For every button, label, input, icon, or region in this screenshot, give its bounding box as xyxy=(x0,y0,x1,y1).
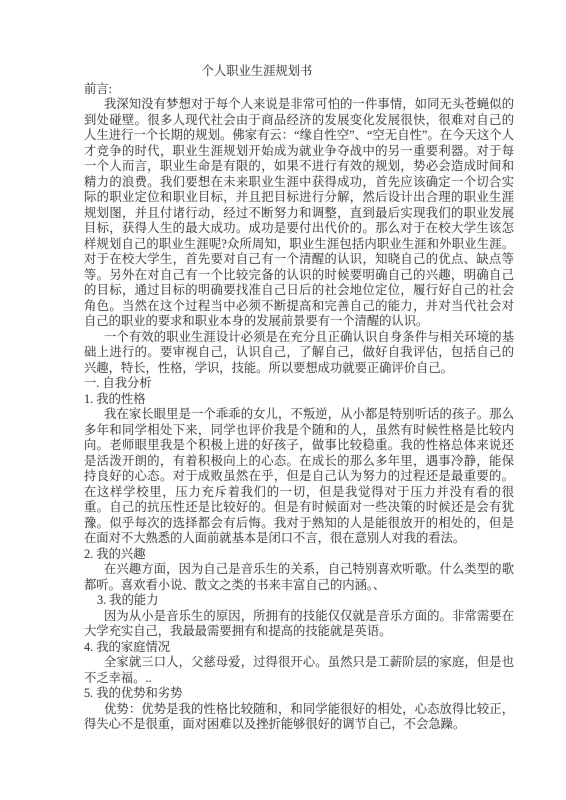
section-paragraph-personality: 我在家长眼里是一个乖乖的女儿，不叛逆，从小都是特别听话的孩子。那么多年和同学相处… xyxy=(84,407,514,547)
section-paragraph-family: 全家就三口人，父慈母爱，过得很开心。虽然只是工薪阶层的家庭，但是也不乏幸福。.. xyxy=(84,655,514,686)
section-paragraph-interests: 在兴趣方面，因为自己是音乐生的关系，自己特别喜欢听歌。什么类型的歌都听。喜欢看小… xyxy=(84,562,514,593)
preface-paragraph: 我深知没有梦想对于每个人来说是非常可怕的一件事情，如同无头苍蝇似的到处碰壁。很多… xyxy=(84,97,514,330)
section-heading-personality: 1. 我的性格 xyxy=(84,392,514,408)
section-paragraph-ability: 因为从小是音乐生的原因，所拥有的技能仅仅就是音乐方面的。非常需要在大学充实自己，… xyxy=(84,609,514,640)
document-page: 个人职业生涯规划书 前言: 我深知没有梦想对于每个人来说是非常可怕的一件事情，如… xyxy=(84,64,514,733)
section-heading-strengths-weaknesses: 5. 我的优势和劣势 xyxy=(84,686,514,702)
section-heading-ability: 3. 我的能力 xyxy=(84,593,514,609)
preface-paragraph: 一个有效的职业生涯设计必须是在充分且正确认识自身条件与相关环境的基础上进行的。要… xyxy=(84,330,514,377)
section-heading-family: 4. 我的家庭情况 xyxy=(84,640,514,656)
document-title: 个人职业生涯规划书 xyxy=(42,64,472,80)
section-heading-self-analysis: 一. 自我分析 xyxy=(84,376,514,392)
section-heading-interests: 2. 我的兴趣 xyxy=(84,547,514,563)
section-paragraph-strengths: 优势：优势是我的性格比较随和，和同学能很好的相处，心态放得比较正，得失心不是很重… xyxy=(84,702,514,733)
preface-label: 前言: xyxy=(84,82,514,98)
